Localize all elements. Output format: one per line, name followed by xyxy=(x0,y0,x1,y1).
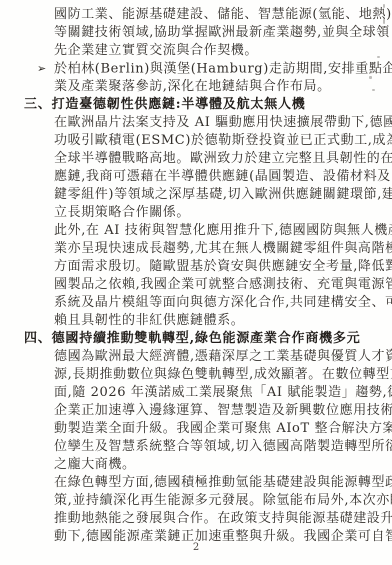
paragraph-line: 國防工業、能源基礎建設、儲能、智慧能源(氫能、地熱) xyxy=(54,6,392,24)
paragraph-line: 動製造業全面升級。我國企業可聚焦 AIoT 整合解決方案、數 xyxy=(54,420,392,438)
paragraph-line: 位孿生及智慧系統整合等領域,切入德國高階製造轉型所衍生 xyxy=(54,438,392,456)
paragraph-line: 全球半導體戰略高地。歐洲致力於建立完整且具韌性的在地供 xyxy=(54,150,392,168)
paragraph-line: 源,長期推動數位與綠色雙軌轉型,成效顯著。在數位轉型方 xyxy=(54,366,392,384)
scan-artifact xyxy=(372,89,375,91)
scan-artifact xyxy=(369,76,372,79)
section-3-heading: 三、打造臺德韌性供應鏈:半導體及航太無人機 xyxy=(24,96,392,114)
bullet-text: 於柏林(Berlin)與漢堡(Hamburg)走訪期間,安排重點企 xyxy=(54,62,392,77)
paragraph-line: 業亦呈現快速成長趨勢,尤其在無人機關鍵零組件與高階模組 xyxy=(54,240,392,258)
paragraph-line: 推動地熱能之發展與合作。在政策支持與能源基礎建設升級帶 xyxy=(54,510,392,528)
paragraph-line: 等關鍵技術領域,協助掌握歐洲最新產業趨勢,並與全球領 xyxy=(54,24,392,42)
paragraph-line: 方面需求殷切。隨歐盟基於資安與供應鏈安全考量,降低對中 xyxy=(54,258,392,276)
bullet-text-continuation: 業及產業聚落參訪,深化在地鏈結與合作布局。 xyxy=(54,78,392,96)
paragraph-line: 賴且具韌性的非紅供應鏈體系。 xyxy=(54,312,392,330)
paragraph-line: 先企業建立實質交流與合作契機。 xyxy=(54,42,392,60)
paragraph-line: 之龐大商機。 xyxy=(54,456,392,474)
paragraph-line: 國製品之依賴,我國企業可就整合感測技術、充電與電源管理 xyxy=(54,276,392,294)
arrow-bullet-icon: ➢ xyxy=(37,60,54,78)
paragraph-line: 系統及晶片模組等面向與德方深化合作,共同建構安全、可信 xyxy=(54,294,392,312)
paragraph-line: 功吸引歐積電(ESMC)於德勒斯登投資並已正式動工,成為 xyxy=(54,132,392,150)
scan-artifact xyxy=(377,56,380,58)
bullet-item: ➢於柏林(Berlin)與漢堡(Hamburg)走訪期間,安排重點企 xyxy=(37,60,392,78)
paragraph-line: 在綠色轉型方面,德國積極推動氫能基礎建設與能源轉型政 xyxy=(54,474,392,492)
document-content: 國防工業、能源基礎建設、儲能、智慧能源(氫能、地熱) 等關鍵技術領域,協助掌握歐… xyxy=(0,0,392,546)
paragraph-line: 企業正加速導入邊緣運算、智慧製造及新興數位應用技術,帶 xyxy=(54,402,392,420)
section-4-heading: 四、德國持續推動雙軌轉型,綠色能源產業合作商機多元 xyxy=(24,330,392,348)
paragraph-line: 立長期策略合作關係。 xyxy=(54,204,392,222)
paragraph-line: 應鏈,我商可憑藉在半導體供應鏈(晶圓製造、設備材料及關 xyxy=(54,168,392,186)
scan-artifact xyxy=(383,4,385,8)
paragraph-line: 面,隨 2026 年漢諾威工業展聚焦「AI 賦能製造」趨勢,德國 xyxy=(54,384,392,402)
paragraph-line: 此外,在 AI 技術與智慧化應用推升下,德國國防與無人機產 xyxy=(54,222,392,240)
document-page: 國防工業、能源基礎建設、儲能、智慧能源(氫能、地熱) 等關鍵技術領域,協助掌握歐… xyxy=(0,0,392,565)
paragraph-line: 德國為歐洲最大經濟體,憑藉深厚之工業基礎與優質人才資 xyxy=(54,348,392,366)
paragraph-line: 策,並持續深化再生能源多元發展。除氫能布局外,本次亦盼 xyxy=(54,492,392,510)
paragraph-line: 在歐洲晶片法案支持及 AI 驅動應用快速擴展帶動下,德國成 xyxy=(54,114,392,132)
page-number: 2 xyxy=(0,542,392,553)
paragraph-line: 鍵零組件)等領域之深厚基礎,切入歐洲供應鏈關鍵環節,建 xyxy=(54,186,392,204)
scan-artifact xyxy=(383,19,385,24)
